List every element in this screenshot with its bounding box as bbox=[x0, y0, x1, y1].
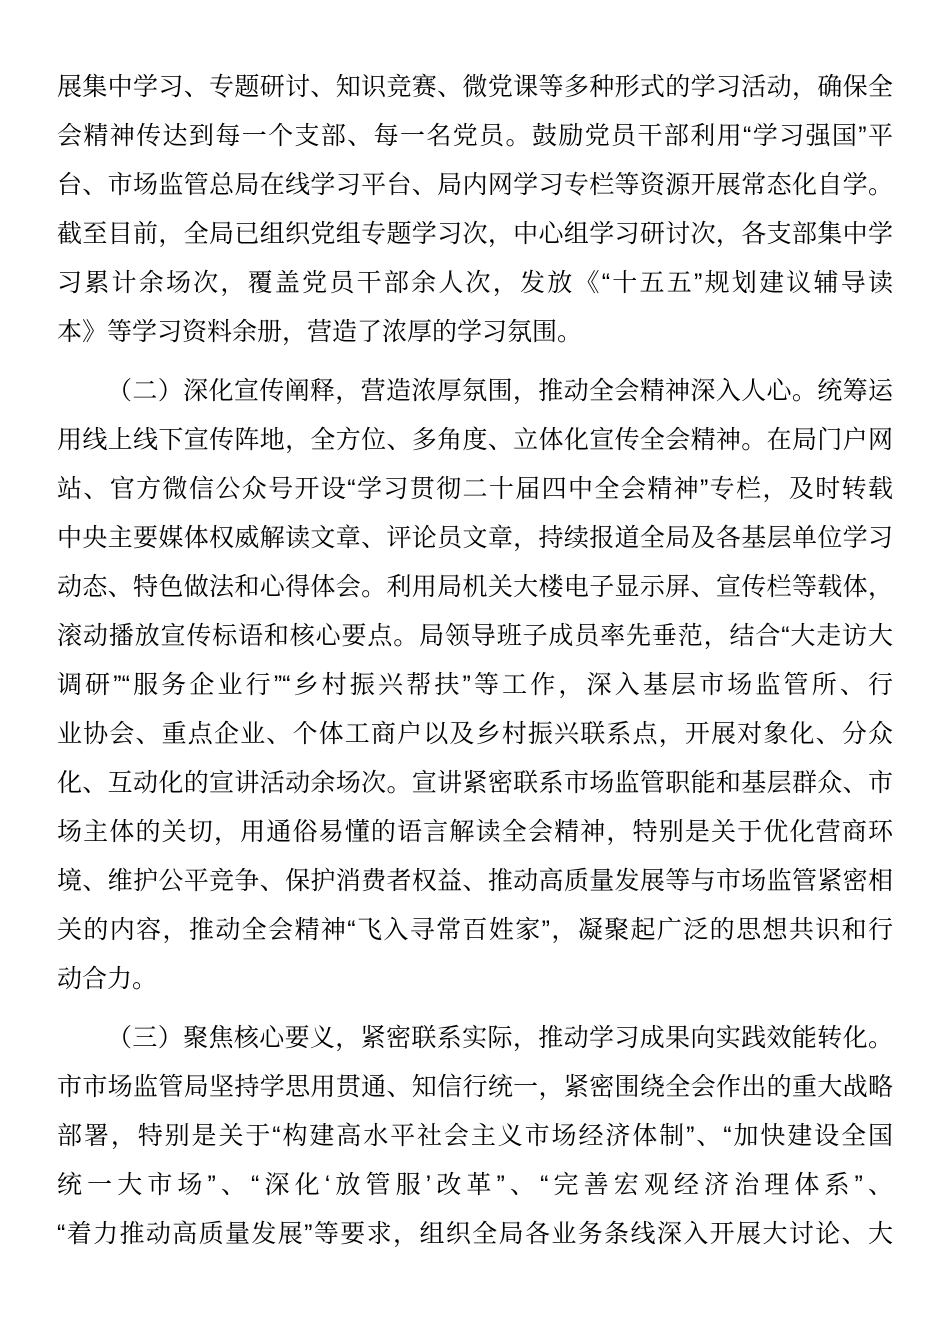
text-line: 化、互动化的宣讲活动余场次。宣讲紧密联系市场监管职能和基层群众、市 bbox=[57, 759, 893, 808]
text-line: （三）聚焦核心要义，紧密联系实际，推动学习成果向实践效能转化。 bbox=[57, 1014, 893, 1063]
text-line: 展集中学习、专题研讨、知识竞赛、微党课等多种形式的学习活动，确保全 bbox=[57, 63, 893, 112]
text-line: 调研”“服务企业行”“乡村振兴帮扶”等工作，深入基层市场监管所、行 bbox=[57, 661, 893, 710]
text-line: 动态、特色做法和心得体会。利用局机关大楼电子显示屏、宣传栏等载体， bbox=[57, 563, 893, 612]
paragraph-2: （二）深化宣传阐释，营造浓厚氛围，推动全会精神深入人心。统筹运用线上线下宣传阵地… bbox=[57, 367, 893, 1004]
paragraph-1: 展集中学习、专题研讨、知识竞赛、微党课等多种形式的学习活动，确保全会精神传达到每… bbox=[57, 63, 893, 357]
text-line: 用线上线下宣传阵地，全方位、多角度、立体化宣传全会精神。在局门户网 bbox=[57, 416, 893, 465]
text-line: 关的内容，推动全会精神“飞入寻常百姓家”，凝聚起广泛的思想共识和行 bbox=[57, 906, 893, 955]
text-line: 会精神传达到每一个支部、每一名党员。鼓励党员干部利用“学习强国”平 bbox=[57, 112, 893, 161]
text-line: 截至目前，全局已组织党组专题学习次，中心组学习研讨次，各支部集中学 bbox=[57, 210, 893, 259]
document-body: 展集中学习、专题研讨、知识竞赛、微党课等多种形式的学习活动，确保全会精神传达到每… bbox=[57, 63, 893, 1259]
text-line: “着力推动高质量发展”等要求，组织全局各业务条线深入开展大讨论、大 bbox=[57, 1210, 893, 1259]
text-line: 境、维护公平竞争、保护消费者权益、推动高质量发展等与市场监管紧密相 bbox=[57, 857, 893, 906]
text-line: 动合力。 bbox=[57, 955, 893, 1004]
document-page: 展集中学习、专题研讨、知识竞赛、微党课等多种形式的学习活动，确保全会精神传达到每… bbox=[0, 0, 950, 1344]
text-line: 部署，特别是关于“构建高水平社会主义市场经济体制”、“加快建设全国 bbox=[57, 1112, 893, 1161]
text-line: 习累计余场次，覆盖党员干部余人次，发放《“十五五”规划建议辅导读 bbox=[57, 259, 893, 308]
paragraph-3: （三）聚焦核心要义，紧密联系实际，推动学习成果向实践效能转化。市市场监管局坚持学… bbox=[57, 1014, 893, 1259]
text-line: 本》等学习资料余册，营造了浓厚的学习氛围。 bbox=[57, 308, 893, 357]
text-line: 站、官方微信公众号开设“学习贯彻二十届四中全会精神”专栏，及时转载 bbox=[57, 465, 893, 514]
text-line: 市市场监管局坚持学思用贯通、知信行统一，紧密围绕全会作出的重大战略 bbox=[57, 1063, 893, 1112]
text-line: （二）深化宣传阐释，营造浓厚氛围，推动全会精神深入人心。统筹运 bbox=[57, 367, 893, 416]
text-line: 台、市场监管总局在线学习平台、局内网学习专栏等资源开展常态化自学。 bbox=[57, 161, 893, 210]
text-line: 业协会、重点企业、个体工商户以及乡村振兴联系点，开展对象化、分众 bbox=[57, 710, 893, 759]
text-line: 统一大市场”、“深化‘放管服’改革”、“完善宏观经济治理体系”、 bbox=[57, 1161, 893, 1210]
text-line: 中央主要媒体权威解读文章、评论员文章，持续报道全局及各基层单位学习 bbox=[57, 514, 893, 563]
text-line: 场主体的关切，用通俗易懂的语言解读全会精神，特别是关于优化营商环 bbox=[57, 808, 893, 857]
text-line: 滚动播放宣传标语和核心要点。局领导班子成员率先垂范，结合“大走访大 bbox=[57, 612, 893, 661]
